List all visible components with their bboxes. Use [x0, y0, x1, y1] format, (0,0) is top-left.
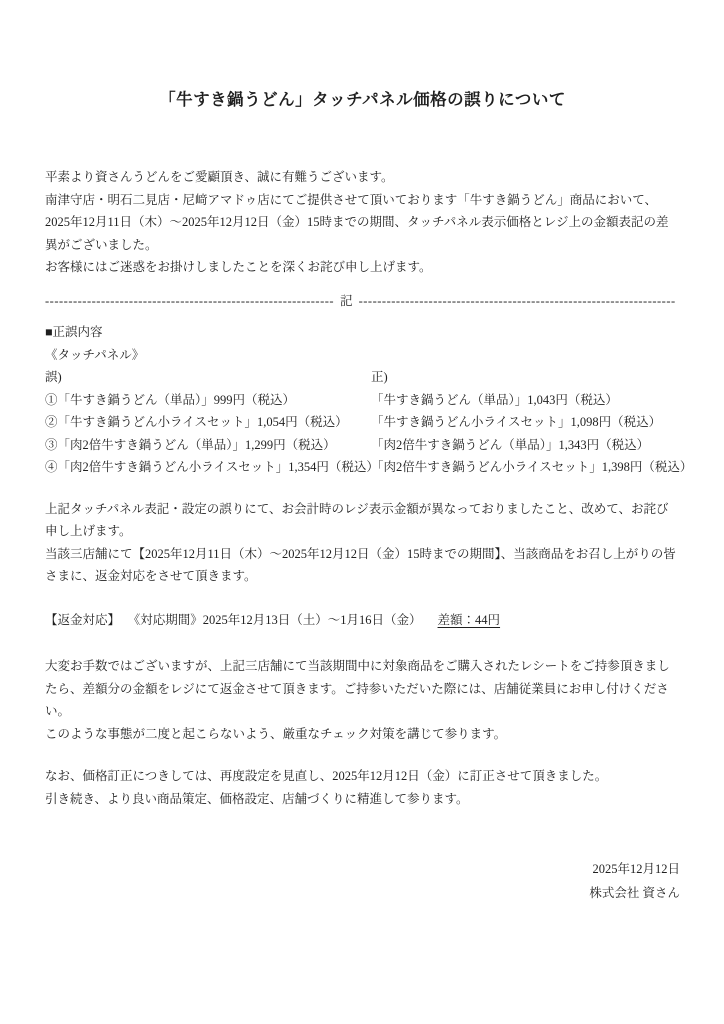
- procedure-section: 大変お手数ではございますが、上記三店舗にて当該期間中に対象商品をご購入されたレシ…: [45, 655, 680, 745]
- company-name: 株式会社 資さん: [45, 881, 680, 905]
- document-date: 2025年12月12日: [45, 857, 680, 881]
- correct-price-item: 「肉2倍牛すき鍋うどん小ライスセット」1,398円（税込）: [371, 456, 692, 479]
- correct-column-header: 正): [371, 366, 388, 389]
- procedure-text: 大変お手数ではございますが、上記三店舗にて当該期間中に対象商品をご購入されたレシ…: [45, 655, 680, 723]
- divider-label: 記: [334, 294, 359, 308]
- refund-summary-line: 【返金対応】《対応期間》2025年12月13日（土）～1月16日（金）差額：44…: [45, 609, 680, 632]
- apology-text: お客様にはご迷惑をお掛けしましたことを深くお詫び申し上げます。: [45, 256, 680, 279]
- wrong-column-header: 誤): [45, 366, 371, 389]
- divider-dashes-right: ----------------------------------------…: [359, 294, 676, 308]
- refund-period: 《対応期間》2025年12月13日（土）～1月16日（金）: [134, 613, 422, 627]
- corrections-table: 誤) 正) ①「牛すき鍋うどん（単品）」999円（税込） 「牛すき鍋うどん（単品…: [45, 366, 680, 479]
- correct-price-item: 「牛すき鍋うどん小ライスセット」1,098円（税込）: [371, 411, 661, 434]
- page-title: 「牛すき鍋うどん」タッチパネル価格の誤りについて: [45, 88, 680, 112]
- refund-label: 【返金対応】: [45, 613, 120, 627]
- divider-dashes-left: ----------------------------------------…: [45, 294, 334, 308]
- wrong-price-item: ②「牛すき鍋うどん小ライスセット」1,054円（税込）: [45, 411, 371, 434]
- prevention-text: このような事態が二度と起こらないよう、厳重なチェック対策を講じて参ります。: [45, 723, 680, 746]
- closing-section: なお、価格訂正につきしては、再度設定を見直し、2025年12月12日（金）に訂正…: [45, 765, 680, 810]
- wrong-price-item: ③「肉2倍牛すき鍋うどん（単品）」1,299円（税込）: [45, 434, 371, 457]
- notice-document: 「牛すき鍋うどん」タッチパネル価格の誤りについて 平素より資さんうどんをご愛顧頂…: [0, 0, 724, 1024]
- refund-announcement-text: 当該三店舗にて【2025年12月11日（木）～2025年12月12日（金）15時…: [45, 543, 680, 588]
- explanation-text: 上記タッチパネル表記・設定の誤りにて、お会計時のレジ表示金額が異なっておりました…: [45, 498, 680, 543]
- corrections-heading: ■正誤内容: [45, 321, 680, 344]
- intro-body-text: 南津守店・明石二見店・尼﨑アマドゥ店にてご提供させて頂いております「牛すき鍋うど…: [45, 189, 680, 257]
- correct-price-item: 「肉2倍牛すき鍋うどん（単品）」1,343円（税込）: [371, 434, 649, 457]
- table-row: ①「牛すき鍋うどん（単品）」999円（税込） 「牛すき鍋うどん（単品）」1,04…: [45, 389, 680, 412]
- corrections-header-row: 誤) 正): [45, 366, 680, 389]
- commitment-text: 引き続き、より良い商品策定、価格設定、店舗づくりに精進して参ります。: [45, 788, 680, 811]
- correct-price-item: 「牛すき鍋うどん（単品）」1,043円（税込）: [371, 389, 618, 412]
- intro-section: 平素より資さんうどんをご愛顧頂き、誠に有難うございます。 南津守店・明石二見店・…: [45, 166, 680, 279]
- table-row: ④「肉2倍牛すき鍋うどん小ライスセット」1,354円（税込） 「肉2倍牛すき鍋う…: [45, 456, 680, 479]
- corrections-section: ■正誤内容 《タッチパネル》 誤) 正) ①「牛すき鍋うどん（単品）」999円（…: [45, 321, 680, 479]
- table-row: ③「肉2倍牛すき鍋うどん（単品）」1,299円（税込） 「肉2倍牛すき鍋うどん（…: [45, 434, 680, 457]
- refund-difference: 差額：44円: [438, 613, 501, 627]
- signature-block: 2025年12月12日 株式会社 資さん: [45, 857, 680, 905]
- correction-date-text: なお、価格訂正につきしては、再度設定を見直し、2025年12月12日（金）に訂正…: [45, 765, 680, 788]
- greeting-text: 平素より資さんうどんをご愛顧頂き、誠に有難うございます。: [45, 166, 680, 189]
- table-row: ②「牛すき鍋うどん小ライスセット」1,054円（税込） 「牛すき鍋うどん小ライス…: [45, 411, 680, 434]
- wrong-price-item: ④「肉2倍牛すき鍋うどん小ライスセット」1,354円（税込）: [45, 456, 371, 479]
- corrections-subheading: 《タッチパネル》: [45, 344, 680, 367]
- explanation-section: 上記タッチパネル表記・設定の誤りにて、お会計時のレジ表示金額が異なっておりました…: [45, 498, 680, 588]
- wrong-price-item: ①「牛すき鍋うどん（単品）」999円（税込）: [45, 389, 371, 412]
- record-divider: ----------------------------------------…: [45, 290, 680, 313]
